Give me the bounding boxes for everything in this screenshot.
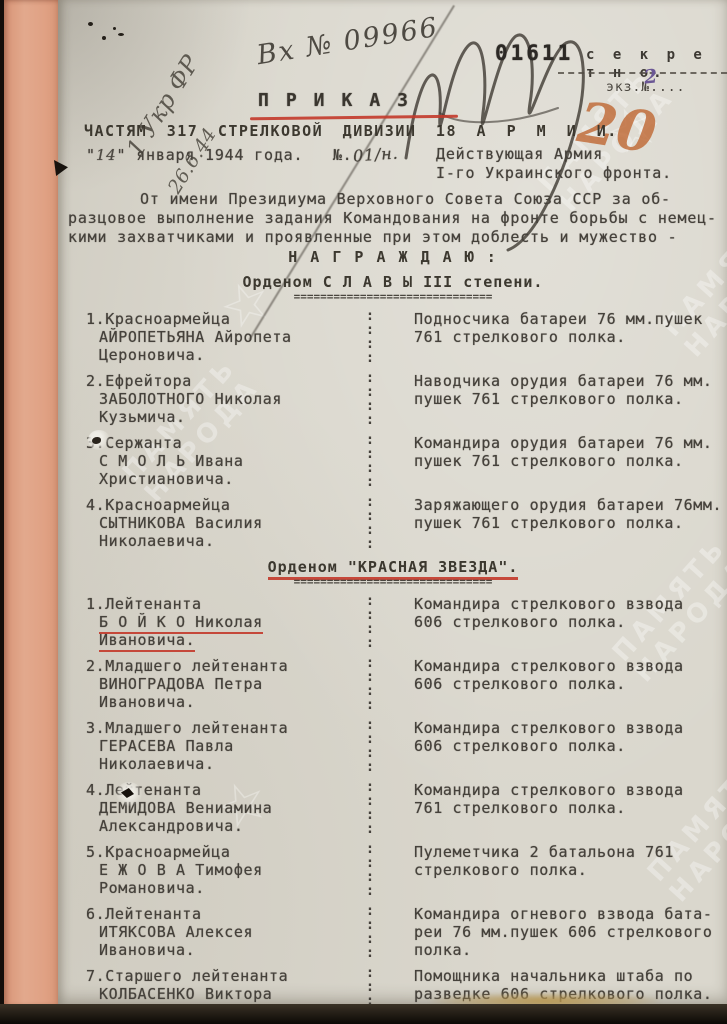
awardee-position-column: Подносчика батареи 76 мм.пушек761 стрелк… bbox=[414, 310, 718, 365]
colon-separator: :::: bbox=[326, 496, 414, 551]
colon-separator: :::: bbox=[326, 719, 414, 774]
awardee-entry: 3.Младшего лейтенантаГЕРАСЕВА ПавлаНикол… bbox=[68, 719, 718, 774]
handwritten-order-number: 01/н. bbox=[352, 143, 399, 165]
awardee-position-line: Командира стрелкового взвода bbox=[414, 595, 718, 613]
awardee-name-line: Ивановича. bbox=[86, 941, 326, 959]
awardee-name-line: Б О Й К О Николая bbox=[86, 613, 326, 631]
scan-bottom-edge bbox=[0, 1004, 727, 1024]
awardee-name-column: 1.КрасноармейцаАЙРОПЕТЬЯНА АйропетаЦерон… bbox=[86, 310, 326, 365]
awardee-position-column: Наводчика орудия батареи 76 мм.пушек 761… bbox=[414, 372, 718, 427]
awardee-entry: 5.КрасноармейцаЕ Ж О В А ТимофеяРоманови… bbox=[68, 843, 718, 898]
awardee-position-line: 761 стрелкового полка. bbox=[414, 328, 718, 346]
colon-separator: :::: bbox=[326, 657, 414, 712]
awardee-name-column: 5.КрасноармейцаЕ Ж О В А ТимофеяРоманови… bbox=[86, 843, 326, 898]
awardee-rank-line: 5.Красноармейца bbox=[86, 843, 326, 861]
awardee-entry: 3.СержантаС М О Л Ь ИванаХристиановича.:… bbox=[68, 434, 718, 489]
scanned-document: ПАМЯТЬНАРОДА ПАМЯТЬНАРОДА ПАМЯТЬНАРОДА П… bbox=[0, 0, 727, 1024]
award-declaration: Н А Г Р А Ж Д А Ю : bbox=[68, 248, 718, 267]
awardee-name-line: Христиановича. bbox=[86, 470, 326, 488]
awardee-name-line: Е Ж О В А Тимофея bbox=[86, 861, 326, 879]
awardee-name-line: Николаевича. bbox=[86, 755, 326, 773]
awardee-entry: 4.ЛейтенантаДЕМИДОВА ВениаминаАлександро… bbox=[68, 781, 718, 836]
handwritten-copy-number: 2 bbox=[643, 65, 658, 88]
awardee-name-column: 6.ЛейтенантаИТЯКСОВА АлексеяИвановича. bbox=[86, 905, 326, 960]
awardee-name-line: Романовича. bbox=[86, 879, 326, 897]
order-subtitle: ЧАСТЯМ 317 СТРЕЛКОВОЙ ДИВИЗИИ 18 А Р М И… bbox=[84, 122, 618, 141]
paper-tear bbox=[54, 160, 68, 176]
colon-separator: :::: bbox=[326, 372, 414, 427]
awardee-name-line: Кузьмича. bbox=[86, 408, 326, 426]
awardee-rank-line: 3.Младшего лейтенанта bbox=[86, 719, 326, 737]
backing-page-edge bbox=[4, 0, 62, 1007]
paper-speck bbox=[102, 36, 106, 40]
awardee-position-line: 761 стрелкового полка. bbox=[414, 799, 718, 817]
awardee-position-line: 606 стрелкового полка. bbox=[414, 613, 718, 631]
awardee-position-line: Командира стрелкового взвода bbox=[414, 657, 718, 675]
army-designation-line1: Действующая Армия bbox=[436, 145, 603, 164]
order-title: ПРИКАЗ bbox=[258, 90, 425, 112]
awardee-rank-line: 1.Красноармейца bbox=[86, 310, 326, 328]
paper-speck bbox=[88, 22, 93, 26]
awardee-entry: 1.ЛейтенантаБ О Й К О НиколаяИвановича.:… bbox=[68, 595, 718, 650]
awardee-name-line: ЗАБОЛОТНОГО Николая bbox=[86, 390, 326, 408]
awardee-name-line: С М О Л Ь Ивана bbox=[86, 452, 326, 470]
awardee-name-column: 3.Младшего лейтенантаГЕРАСЕВА ПавлаНикол… bbox=[86, 719, 326, 774]
awardee-position-line: пушек 761 стрелкового полка. bbox=[414, 514, 722, 532]
awardee-name-line: Ивановича. bbox=[86, 693, 326, 711]
entry-list: 1.ЛейтенантаБ О Й К О НиколаяИвановича.:… bbox=[68, 595, 718, 1022]
awardee-rank-line: 3.Сержанта bbox=[86, 434, 326, 452]
awardee-position-column: Командира стрелкового взвода606 стрелков… bbox=[414, 657, 718, 712]
awardee-position-column: Командира стрелкового взвода761 стрелков… bbox=[414, 781, 718, 836]
awardee-position-line: Командира огневого взвода бата- bbox=[414, 905, 718, 923]
awardee-position-line: Подносчика батареи 76 мм.пушек bbox=[414, 310, 718, 328]
awardee-name-line: Цероновича. bbox=[86, 346, 326, 364]
order-body: От имени Президиума Верховного Совета Со… bbox=[68, 190, 718, 1024]
awardee-position-line: 606 стрелкового полка. bbox=[414, 675, 718, 693]
awardee-name-line: ГЕРАСЕВА Павла bbox=[86, 737, 326, 755]
awardee-name-column: 4.КрасноармейцаСЫТНИКОВА ВасилияНиколаев… bbox=[86, 496, 326, 551]
awardee-position-line: Наводчика орудия батареи 76 мм. bbox=[414, 372, 718, 390]
colon-separator: :::: bbox=[326, 905, 414, 960]
awardee-position-line: Заряжающего орудия батареи 76мм. bbox=[414, 496, 722, 514]
awardee-name-line: АЙРОПЕТЬЯНА Айропета bbox=[86, 328, 326, 346]
awardee-position-column: Заряжающего орудия батареи 76мм.пушек 76… bbox=[414, 496, 722, 551]
awardee-entry: 2.Младшего лейтенантаВИНОГРАДОВА ПетраИв… bbox=[68, 657, 718, 712]
paper-hole bbox=[116, 782, 142, 806]
awardee-position-line: Командира стрелкового взвода bbox=[414, 719, 718, 737]
colon-separator: :::: bbox=[326, 310, 414, 365]
awardee-position-line: полка. bbox=[414, 941, 718, 959]
colon-separator: :::: bbox=[326, 843, 414, 898]
awardee-entry: 6.ЛейтенантаИТЯКСОВА АлексеяИвановича.::… bbox=[68, 905, 718, 960]
colon-separator: :::: bbox=[326, 434, 414, 489]
awardee-position-line: стрелкового полка. bbox=[414, 861, 718, 879]
award-sections: Орденом С Л А В Ы III степени.==========… bbox=[68, 273, 718, 1022]
awardee-rank-line: 6.Лейтенанта bbox=[86, 905, 326, 923]
entry-list: 1.КрасноармейцаАЙРОПЕТЬЯНА АйропетаЦерон… bbox=[68, 310, 718, 551]
preamble-line: кими захватчиками и проявленные при этом… bbox=[68, 228, 718, 247]
registration-stamp-number: 01611 bbox=[495, 42, 573, 64]
awardee-position-column: Пулеметчика 2 батальона 761стрелкового п… bbox=[414, 843, 718, 898]
section-heading-dashes: ============================== bbox=[68, 577, 718, 586]
paper-speck bbox=[113, 27, 116, 30]
awardee-position-line: пушек 761 стрелкового полка. bbox=[414, 390, 718, 408]
awardee-position-line: реи 76 мм.пушек 606 стрелкового bbox=[414, 923, 718, 941]
awardee-name-line: ВИНОГРАДОВА Петра bbox=[86, 675, 326, 693]
colon-separator: :::: bbox=[326, 781, 414, 836]
section-heading-dashes: ============================== bbox=[68, 292, 718, 301]
awardee-name-column: 3.СержантаС М О Л Ь ИванаХристиановича. bbox=[86, 434, 326, 489]
awardee-rank-line: 4.Красноармейца bbox=[86, 496, 326, 514]
awardee-position-line: Командира орудия батареи 76 мм. bbox=[414, 434, 718, 452]
awardee-name-column: 2.ЕфрейтораЗАБОЛОТНОГО НиколаяКузьмича. bbox=[86, 372, 326, 427]
awardee-name-line: Николаевича. bbox=[86, 532, 326, 550]
awardee-rank-line: 2.Младшего лейтенанта bbox=[86, 657, 326, 675]
preamble: От имени Президиума Верховного Совета Со… bbox=[68, 190, 718, 247]
awardee-position-column: Командира стрелкового взвода606 стрелков… bbox=[414, 595, 718, 650]
awardee-name-column: 1.ЛейтенантаБ О Й К О НиколаяИвановича. bbox=[86, 595, 326, 650]
awardee-position-column: Командира стрелкового взвода606 стрелков… bbox=[414, 719, 718, 774]
paper-speck bbox=[118, 33, 124, 36]
awardee-rank-line: 1.Лейтенанта bbox=[86, 595, 326, 613]
awardee-position-line: Помощника начальника штаба по bbox=[414, 967, 718, 985]
paper-hole bbox=[88, 430, 110, 450]
date-line: "14" января 1944 года. №.01/н. bbox=[86, 145, 398, 165]
awardee-name-line: КОЛБАСЕНКО Виктора bbox=[86, 985, 326, 1003]
awardee-entry: 1.КрасноармейцаАЙРОПЕТЬЯНА АйропетаЦерон… bbox=[68, 310, 718, 365]
preamble-line: разцовое выполнение задания Командования… bbox=[68, 209, 718, 228]
awardee-position-line: Пулеметчика 2 батальона 761 bbox=[414, 843, 718, 861]
awardee-name-line: Александровича. bbox=[86, 817, 326, 835]
awardee-entry: 2.ЕфрейтораЗАБОЛОТНОГО НиколаяКузьмича.:… bbox=[68, 372, 718, 427]
document-page: ПАМЯТЬНАРОДА ПАМЯТЬНАРОДА ПАМЯТЬНАРОДА П… bbox=[58, 0, 727, 1006]
awardee-name-line: ИТЯКСОВА Алексея bbox=[86, 923, 326, 941]
awardee-rank-line: 7.Старшего лейтенанта bbox=[86, 967, 326, 985]
order-number-label: №. bbox=[333, 146, 353, 164]
handwritten-day: 14 bbox=[96, 146, 117, 164]
awardee-name-line: СЫТНИКОВА Василия bbox=[86, 514, 326, 532]
awardee-position-line: 606 стрелкового полка. bbox=[414, 737, 718, 755]
awardee-position-column: Командира огневого взвода бата-реи 76 мм… bbox=[414, 905, 718, 960]
awardee-name-column: 2.Младшего лейтенантаВИНОГРАДОВА ПетраИв… bbox=[86, 657, 326, 712]
awardee-position-line: Командира стрелкового взвода bbox=[414, 781, 718, 799]
awardee-position-column: Командира орудия батареи 76 мм.пушек 761… bbox=[414, 434, 718, 489]
colon-separator: :::: bbox=[326, 595, 414, 650]
awardee-entry: 4.КрасноармейцаСЫТНИКОВА ВасилияНиколаев… bbox=[68, 496, 718, 551]
preamble-line: От имени Президиума Верховного Совета Со… bbox=[68, 190, 718, 209]
army-designation-line2: I-го Украинского фронта. bbox=[436, 164, 672, 183]
awardee-position-line: пушек 761 стрелкового полка. bbox=[414, 452, 718, 470]
awardee-rank-line: 2.Ефрейтора bbox=[86, 372, 326, 390]
